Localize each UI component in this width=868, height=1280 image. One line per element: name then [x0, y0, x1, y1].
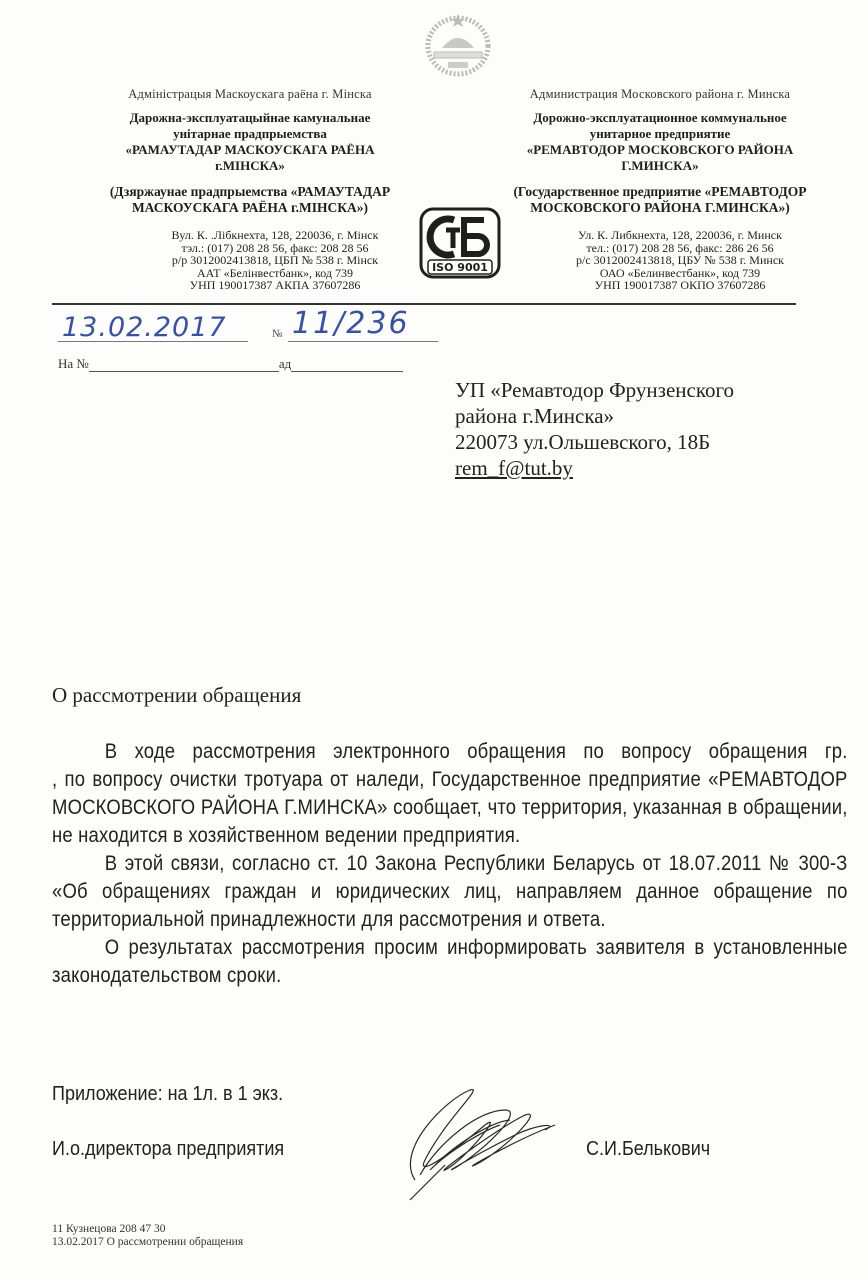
state-emblem-icon [420, 10, 496, 78]
org-name-line2: Г.МИНСКА» [480, 158, 840, 174]
org-type-line1: Дарожна-эксплуатацыйнае камунальнае [70, 110, 430, 126]
contact-address: Ул. К. Либкнехта, 128, 220036, г. Минск [535, 229, 825, 242]
contact-account: р/р 3012002413818, ЦБП № 538 г. Мінск [130, 254, 420, 267]
alt-name-line2: МАСКОУСКАГА РАЁНА г.МІНСКА») [70, 200, 430, 216]
administration-name-ru: Администрация Московского района г. Минс… [480, 87, 840, 102]
alt-name-line2: МОСКОВСКОГО РАЙОНА Г.МИНСКА») [480, 200, 840, 216]
org-type-line1: Дорожно-эксплуатационное коммунальное [480, 110, 840, 126]
org-alt-name-ru: (Государственное предприятие «РЕМАВТОДОР… [480, 184, 840, 216]
org-name-line1: «РЕМАВТОДОР МОСКОВСКОГО РАЙОНА [480, 142, 840, 158]
org-type-by: Дарожна-эксплуатацыйнае камунальнае уніт… [70, 110, 430, 142]
body-paragraph: В ходе рассмотрения электронного обращен… [52, 738, 848, 850]
recipient-email-link[interactable]: rem_f@tut.by [455, 456, 573, 480]
registration-date: 13.02.2017 [62, 312, 227, 343]
contacts-ru: Ул. К. Либкнехта, 128, 220036, г. Минск … [535, 229, 825, 292]
org-name-by: «РАМАУТАДАР МАСКОУСКАГА РАЁНА г.МІНСКА» [70, 142, 430, 174]
from-blank [291, 359, 403, 372]
date-underline [58, 341, 248, 342]
svg-text:ISO 9001: ISO 9001 [432, 261, 488, 274]
letterhead-divider [52, 303, 796, 305]
org-alt-name-by: (Дзяржаунае прадпрыемства «РАМАУТАДАР МА… [70, 184, 430, 216]
subject-line: О рассмотрении обращения [52, 683, 301, 708]
iso-9001-certification-icon: ISO 9001 [418, 206, 502, 280]
document-reference: 13.02.2017 О рассмотрении обращения [52, 1236, 243, 1249]
contact-ids: УНП 190017387 АКПА 37607286 [130, 279, 420, 292]
registration-number: 11/236 [292, 306, 410, 341]
administration-name-by: Адміністрацыя Маскоускага раёна г. Мінск… [70, 87, 430, 102]
letter-body: В ходе рассмотрения электронного обращен… [52, 738, 848, 990]
org-type-ru: Дорожно-эксплуатационное коммунальное ун… [480, 110, 840, 142]
recipient-block: УП «Ремавтодор Фрунзенского района г.Мин… [455, 377, 734, 481]
contact-address: Вул. К. .Лібкнехта, 128, 220036, г. Мінс… [130, 229, 420, 242]
alt-name-line1: (Государственное предприятие «РЕМАВТОДОР [480, 184, 840, 200]
recipient-org: УП «Ремавтодор Фрунзенского [455, 377, 734, 403]
contact-ids: УНП 190017387 ОКПО 37607286 [535, 279, 825, 292]
org-name-line2: г.МІНСКА» [70, 158, 430, 174]
reply-to-blank [89, 359, 279, 372]
org-name-line1: «РАМАУТАДАР МАСКОУСКАГА РАЁНА [70, 142, 430, 158]
attachment-note: Приложение: на 1л. в 1 экз. [52, 1083, 283, 1106]
alt-name-line1: (Дзяржаунае прадпрыемства «РАМАУТАДАР [70, 184, 430, 200]
body-paragraph: О результатах рассмотрения просим информ… [52, 934, 848, 990]
org-name-ru: «РЕМАВТОДОР МОСКОВСКОГО РАЙОНА Г.МИНСКА» [480, 142, 840, 174]
from-label: ад [279, 356, 291, 371]
letterhead-left: Адміністрацыя Маскоускага раёна г. Мінск… [70, 87, 430, 216]
signer-title: И.о.директора предприятия [52, 1138, 284, 1161]
executor-info: 11 Кузнецова 208 47 30 [52, 1223, 243, 1236]
handwritten-signature-icon [385, 1080, 575, 1205]
contact-account: р/с 3012002413818, ЦБУ № 538 г. Минск [535, 254, 825, 267]
recipient-org-cont: района г.Минска» [455, 403, 734, 429]
signer-name: С.И.Белькович [586, 1138, 710, 1161]
contacts-by: Вул. К. .Лібкнехта, 128, 220036, г. Мінс… [130, 229, 420, 292]
letterhead-right: Администрация Московского района г. Минс… [480, 87, 840, 216]
body-paragraph: В этой связи, согласно ст. 10 Закона Рес… [52, 850, 848, 934]
recipient-address: 220073 ул.Ольшевского, 18Б [455, 429, 734, 455]
number-label: № [272, 328, 283, 340]
org-type-line2: унитарное предприятие [480, 126, 840, 142]
executor-footer: 11 Кузнецова 208 47 30 13.02.2017 О расс… [52, 1223, 243, 1249]
number-underline [288, 341, 438, 342]
reply-to-label: На № [58, 356, 89, 371]
reply-reference: На №ад [58, 356, 403, 372]
org-type-line2: унітарнае прадпрыемства [70, 126, 430, 142]
